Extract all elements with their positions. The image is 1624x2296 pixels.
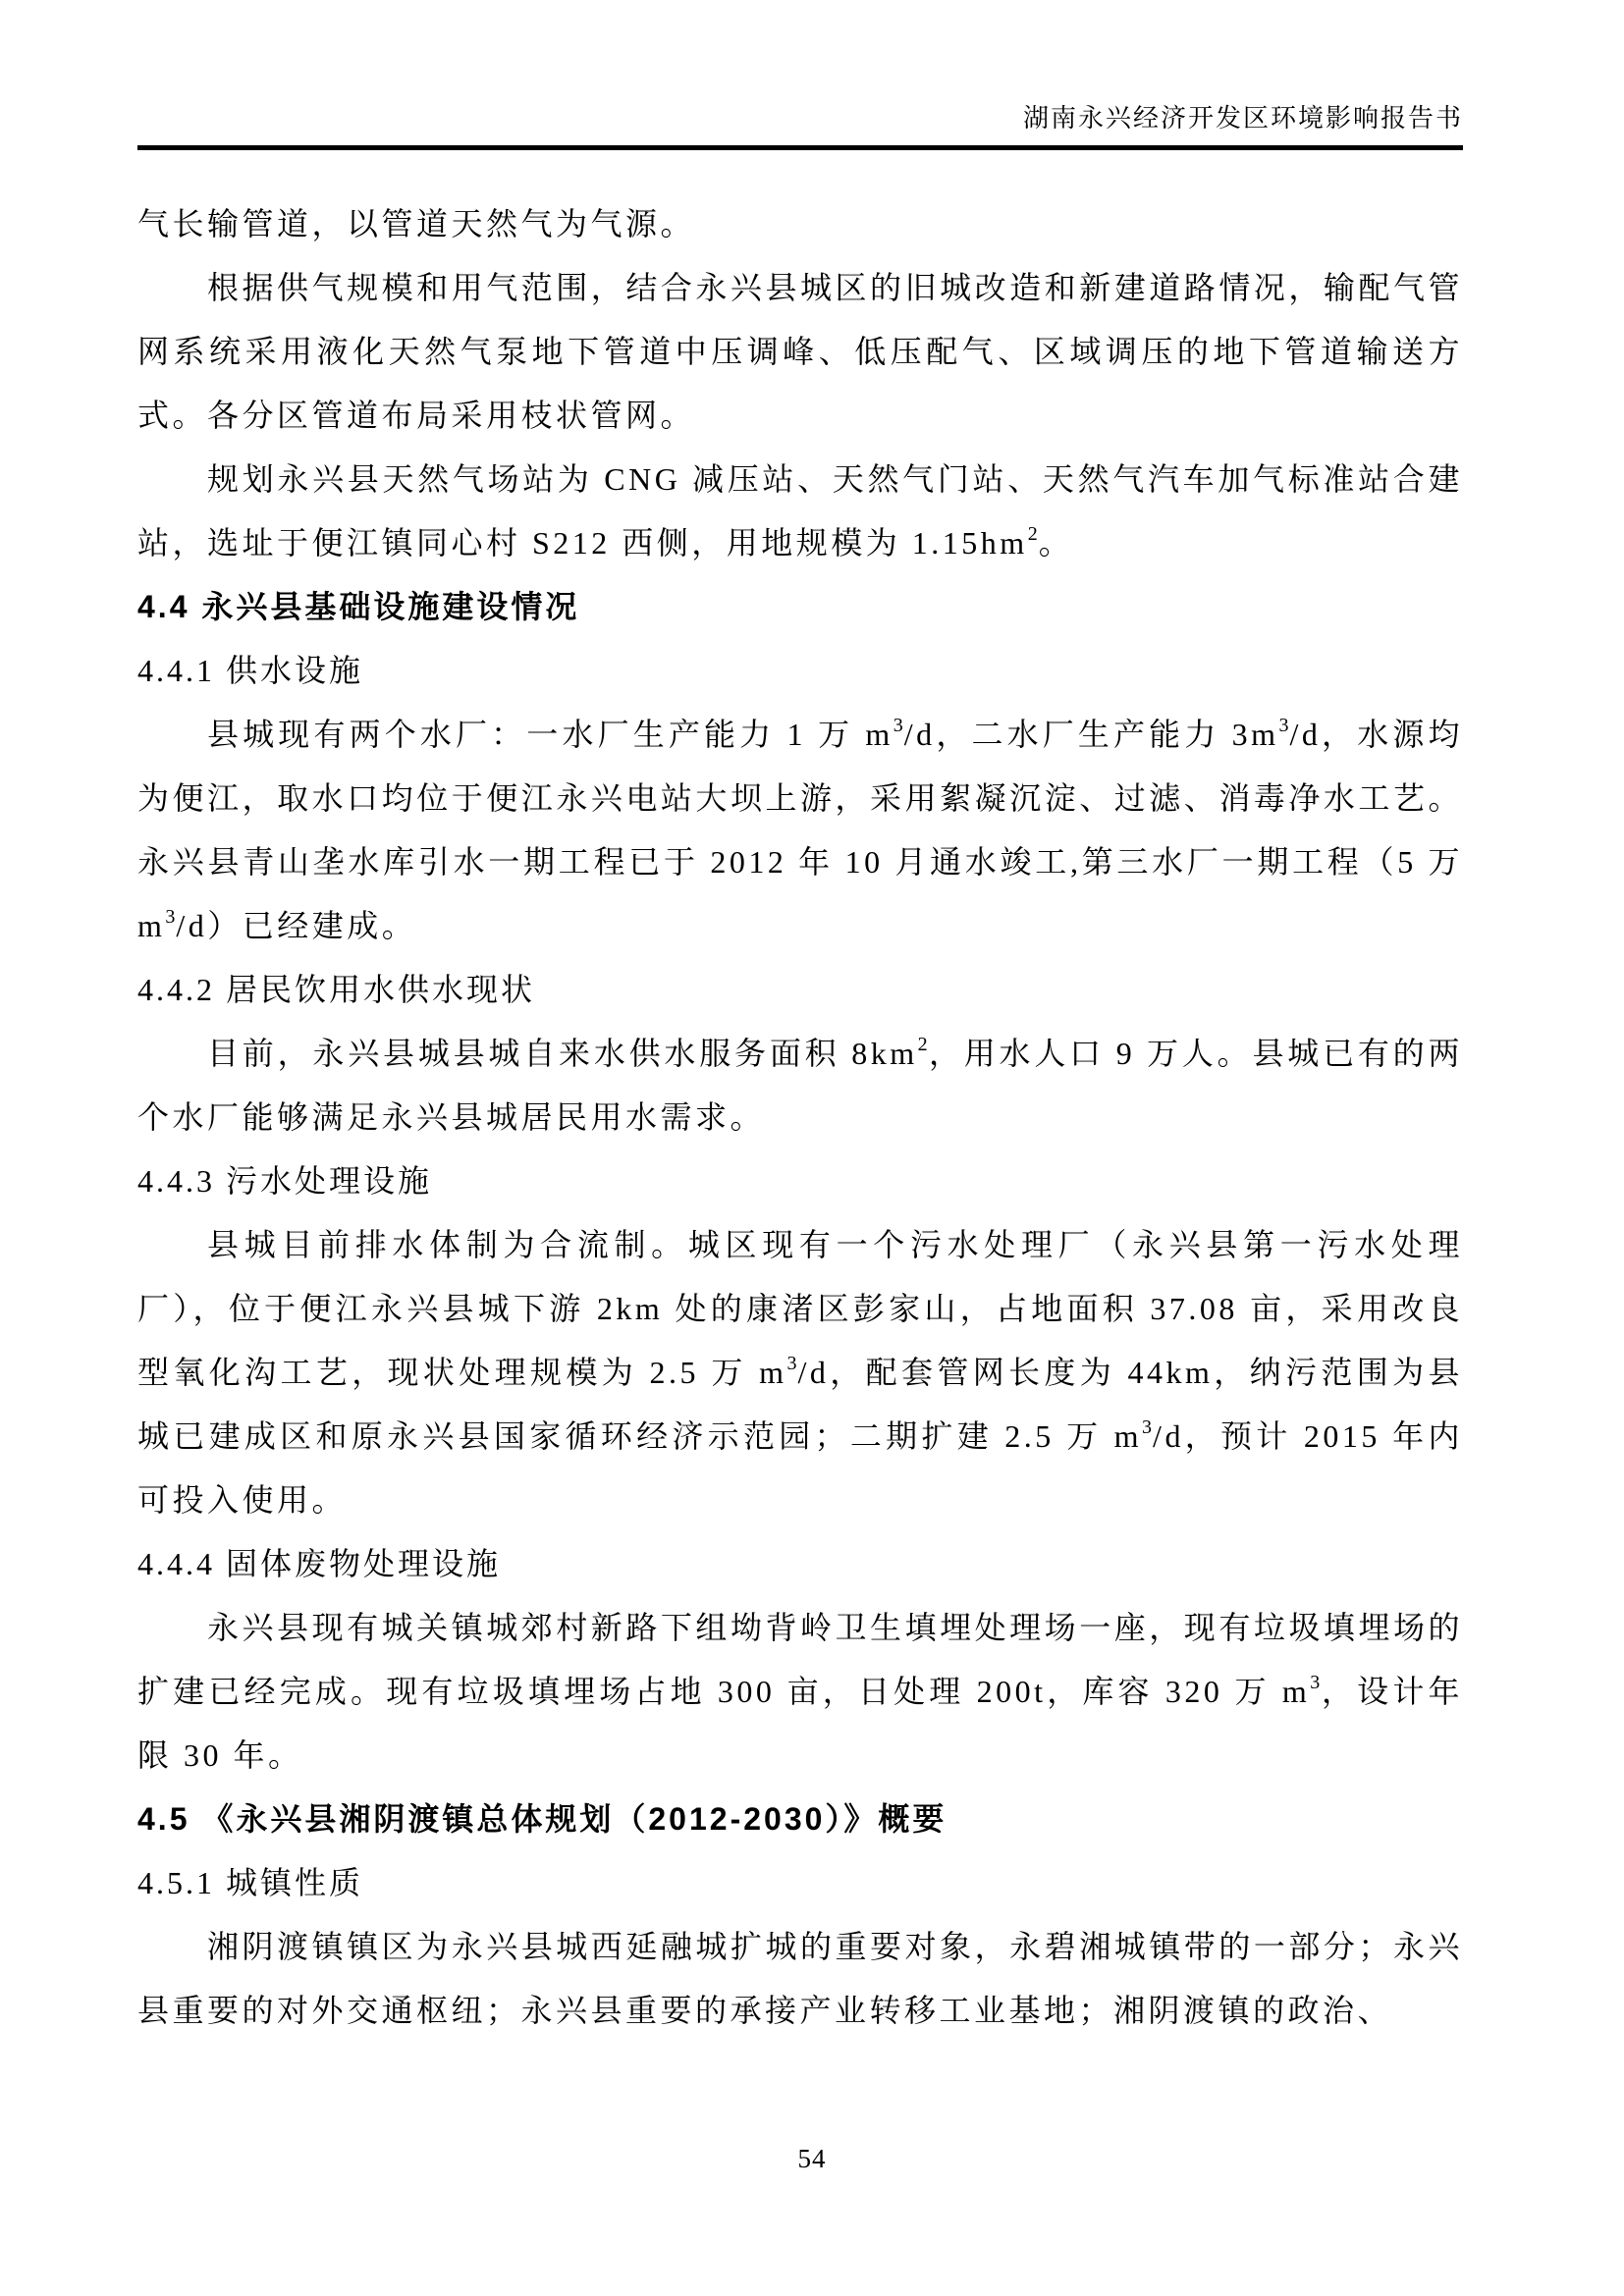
- paragraph-gas-station-plan: 规划永兴县天然气场站为 CNG 减压站、天然气门站、天然气汽车加气标准站合建站，…: [137, 448, 1463, 575]
- text-run: 。: [1039, 525, 1074, 561]
- text-run: 县城现有两个水厂：一水厂生产能力 1 万 m: [207, 717, 893, 752]
- paragraph-solid-waste: 永兴县现有城关镇城郊村新路下组坳背岭卫生填埋处理场一座，现有垃圾填埋场的扩建已经…: [137, 1596, 1463, 1788]
- superscript: 3: [1142, 1416, 1153, 1438]
- text-run: 4.5.1 城镇性质: [137, 1865, 363, 1900]
- text-run: 目前，永兴县城县城自来水供水服务面积 8km: [207, 1036, 918, 1071]
- text-run: 4.4 永兴县基础设施建设情况: [137, 589, 579, 624]
- header-title: 湖南永兴经济开发区环境影响报告书: [137, 100, 1463, 137]
- page-header: 湖南永兴经济开发区环境影响报告书: [137, 100, 1463, 150]
- superscript: 3: [1279, 715, 1290, 736]
- text-run: 规划永兴县天然气场站为 CNG 减压站、天然气门站、天然气汽车加气标准站合建站，…: [137, 461, 1463, 561]
- paragraph-gas-network: 根据供气规模和用气范围，结合永兴县城区的旧城改造和新建道路情况，输配气管网系统采…: [137, 256, 1463, 448]
- subsection-heading-4-4-4: 4.4.4 固体废物处理设施: [137, 1532, 1463, 1596]
- superscript: 3: [893, 715, 904, 736]
- text-run: 4.4.3 污水处理设施: [137, 1163, 432, 1199]
- paragraph-water-supply: 县城现有两个水厂：一水厂生产能力 1 万 m3/d，二水厂生产能力 3m3/d，…: [137, 703, 1463, 958]
- text-run: 4.4.1 供水设施: [137, 653, 363, 688]
- text-run: /d）已经建成。: [176, 908, 416, 943]
- paragraph-town-character: 湘阴渡镇镇区为永兴县城西延融城扩城的重要对象，永碧湘城镇带的一部分；永兴县重要的…: [137, 1915, 1463, 2043]
- text-run: 4.4.4 固体废物处理设施: [137, 1546, 501, 1581]
- header-rule: [137, 145, 1463, 150]
- superscript: 3: [1310, 1672, 1321, 1693]
- paragraph-sewage-treatment: 县城目前排水体制为合流制。城区现有一个污水处理厂（永兴县第一污水处理厂），位于便…: [137, 1213, 1463, 1532]
- paragraph-gas-source-continuation: 气长输管道，以管道天然气为气源。: [137, 192, 1463, 256]
- text-run: /d，二水厂生产能力 3m: [904, 717, 1279, 752]
- text-run: 4.4.2 居民饮用水供水现状: [137, 972, 535, 1007]
- superscript: 2: [1028, 523, 1039, 545]
- text-run: 根据供气规模和用气范围，结合永兴县城区的旧城改造和新建道路情况，输配气管网系统采…: [137, 270, 1463, 433]
- text-run: 4.5 《永兴县湘阴渡镇总体规划（2012-2030）》概要: [137, 1801, 947, 1837]
- superscript: 3: [786, 1353, 797, 1374]
- paragraph-drinking-water: 目前，永兴县城县城自来水供水服务面积 8km2，用水人口 9 万人。县城已有的两…: [137, 1022, 1463, 1149]
- document-content: 气长输管道，以管道天然气为气源。根据供气规模和用气范围，结合永兴县城区的旧城改造…: [137, 192, 1463, 2043]
- text-run: 湘阴渡镇镇区为永兴县城西延融城扩城的重要对象，永碧湘城镇带的一部分；永兴县重要的…: [137, 1929, 1463, 2028]
- subsection-heading-4-4-2: 4.4.2 居民饮用水供水现状: [137, 958, 1463, 1022]
- text-run: 永兴县现有城关镇城郊村新路下组坳背岭卫生填埋处理场一座，现有垃圾填埋场的扩建已经…: [137, 1610, 1463, 1709]
- superscript: 2: [918, 1034, 929, 1055]
- text-run: 气长输管道，以管道天然气为气源。: [137, 206, 695, 241]
- subsection-heading-4-4-3: 4.4.3 污水处理设施: [137, 1149, 1463, 1213]
- section-heading-4-4: 4.4 永兴县基础设施建设情况: [137, 575, 1463, 639]
- subsection-heading-4-5-1: 4.5.1 城镇性质: [137, 1851, 1463, 1915]
- page-footer: 54: [0, 2144, 1624, 2174]
- superscript: 3: [165, 906, 176, 928]
- section-heading-4-5: 4.5 《永兴县湘阴渡镇总体规划（2012-2030）》概要: [137, 1788, 1463, 1851]
- document-page: 湖南永兴经济开发区环境影响报告书 气长输管道，以管道天然气为气源。根据供气规模和…: [0, 0, 1624, 2296]
- subsection-heading-4-4-1: 4.4.1 供水设施: [137, 639, 1463, 703]
- page-number: 54: [798, 2144, 827, 2173]
